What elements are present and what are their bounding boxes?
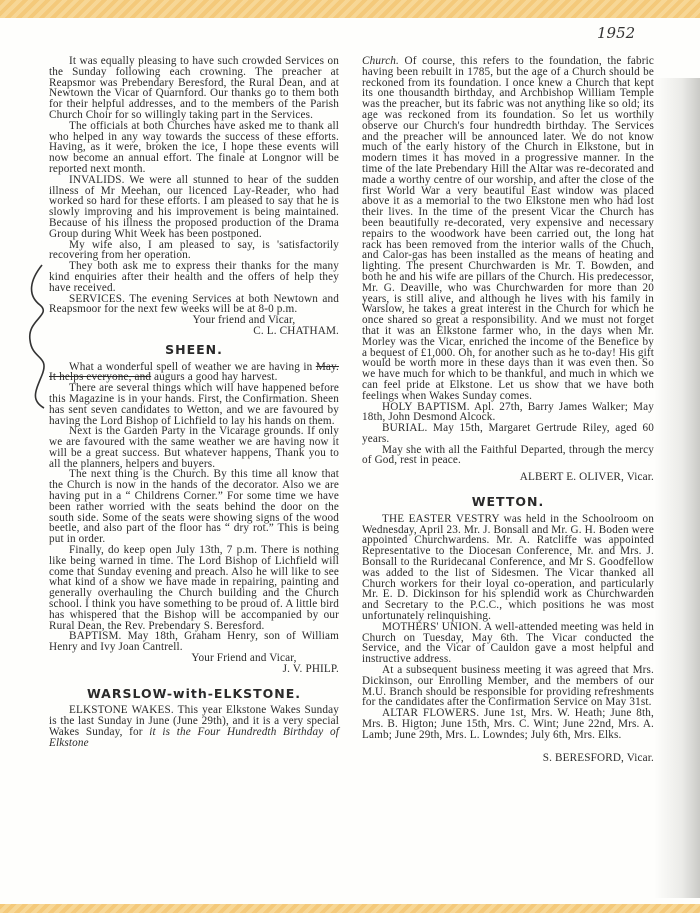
handwritten-margin-mark xyxy=(22,260,52,410)
paragraph: Finally, do keep open July 13th, 7 p.m. … xyxy=(49,545,339,631)
paragraph: At a subsequent business meeting it was … xyxy=(362,665,654,708)
paragraph: INVALIDS. We were all stunned to hear of… xyxy=(49,175,339,240)
scan-border-bottom xyxy=(0,904,700,913)
paragraph: The next thing is the Church. By this ti… xyxy=(49,469,339,545)
paragraph: HOLY BAPTISM. Apl. 27th, Barry James Wal… xyxy=(362,402,654,424)
signature: C. L. CHATHAM. xyxy=(49,326,339,337)
signature: ALBERT E. OLIVER, Vicar. xyxy=(362,472,654,483)
paragraph: What a wonderful spell of weather we are… xyxy=(49,362,339,384)
text: Of course, this refers to the foundation… xyxy=(362,55,654,402)
paragraph: Church. Of course, this refers to the fo… xyxy=(362,56,654,402)
paragraph: THE EASTER VESTRY was held in the School… xyxy=(362,514,654,622)
signature: S. BERESFORD, Vicar. xyxy=(362,753,654,764)
signature: J. V. PHILP. xyxy=(49,664,339,675)
paragraph: There are several things which will have… xyxy=(49,383,339,426)
paragraph: BURIAL. May 15th, Margaret Gertrude Rile… xyxy=(362,423,654,445)
scan-border-top xyxy=(0,0,700,18)
paragraph: ALTAR FLOWERS. June 1st, Mrs. W. Heath; … xyxy=(362,708,654,740)
section-heading-sheen: SHEEN. xyxy=(49,345,339,356)
paragraph: My wife also, I am pleased to say, is 's… xyxy=(49,240,339,262)
right-column: Church. Of course, this refers to the fo… xyxy=(362,56,654,763)
paragraph: BAPTISM. May 18th, Graham Henry, son of … xyxy=(49,631,339,653)
paragraph: May she with all the Faithful Departed, … xyxy=(362,445,654,467)
paragraph: It was equally pleasing to have such cro… xyxy=(49,56,339,121)
paragraph: Next is the Garden Party in the Vicarage… xyxy=(49,426,339,469)
section-heading-warslow: WARSLOW-with-ELKSTONE. xyxy=(49,689,339,700)
paragraph: The officials at both Churches have aske… xyxy=(49,121,339,175)
handwritten-year: 1952 xyxy=(597,24,635,42)
section-heading-wetton: WETTON. xyxy=(362,497,654,508)
paragraph: SERVICES. The evening Services at both N… xyxy=(49,294,339,316)
paragraph: They both ask me to express their thanks… xyxy=(49,261,339,293)
page-edge-shadow xyxy=(654,78,700,898)
paragraph: ELKSTONE WAKES. This year Elkstone Wakes… xyxy=(49,705,339,748)
paragraph: MOTHERS' UNION. A well-attended meeting … xyxy=(362,622,654,665)
left-column: It was equally pleasing to have such cro… xyxy=(49,56,339,749)
